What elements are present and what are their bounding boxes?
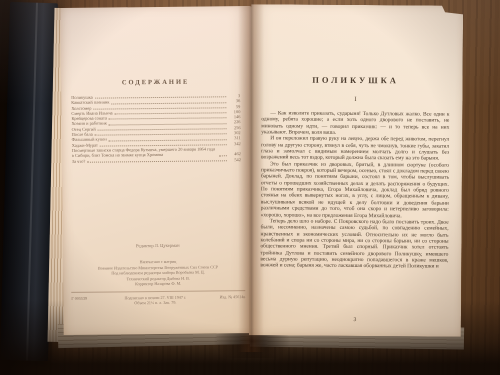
story-paragraph: — Как изволите приказать, сударыня! Толь… — [261, 110, 449, 137]
contents-title: СОДЕРЖАНИЕ — [71, 78, 240, 87]
chapter-number: I — [261, 95, 449, 103]
colophon: Редактор Л. Цукерман Напечатано с матриц… — [71, 242, 246, 306]
table-of-contents: СОДЕРЖАНИЕ Поликушка3 Кавказский пленник… — [71, 78, 241, 164]
imprint-code: Г 005539 — [71, 295, 113, 300]
toc-row: Посмертные записки старца Федора Кузмича… — [72, 146, 241, 158]
story-paragraph: Это был приказчик из дворовых, бритый, в… — [261, 161, 449, 219]
story-paragraph: Теперь дело шло о наборе. С Покровского … — [260, 218, 448, 270]
imprint-print-info: Подписано в печати 27. VIII 1947 г. Объе… — [113, 294, 197, 306]
dot-leader — [87, 160, 227, 162]
story-title: ПОЛИКУШКА — [262, 74, 450, 85]
toc-item-title: За что? — [72, 158, 86, 163]
story-text: ПОЛИКУШКА I — Как изволите приказать, су… — [260, 74, 449, 270]
colophon-divider — [71, 290, 245, 293]
proofreader-line: Корректор Назарова Ф. М. — [71, 280, 245, 287]
editor-line: Редактор Л. Цукерман — [71, 242, 245, 249]
left-page: СОДЕРЖАНИЕ Поликушка3 Кавказский пленник… — [60, 6, 255, 335]
imprint-row: Г 005539 Подписано в печати 27. VIII 194… — [71, 294, 245, 307]
book-photo: СОДЕРЖАНИЕ Поликушка3 Кавказский пленник… — [0, 0, 500, 375]
dot-leader — [219, 155, 227, 156]
story-paragraph: И он переложил правую руку на левую, дер… — [261, 136, 449, 163]
gutter-shadow — [238, 0, 264, 352]
page-number: 3 — [249, 316, 461, 323]
print-info-line2: Объем 21¼ п. л. Зак. 79. — [134, 300, 176, 305]
right-page: ПОЛИКУШКА I — Как изволите приказать, су… — [249, 4, 463, 336]
toc-item-title: Посмертные записки старца Федора Кузмича… — [72, 146, 217, 158]
